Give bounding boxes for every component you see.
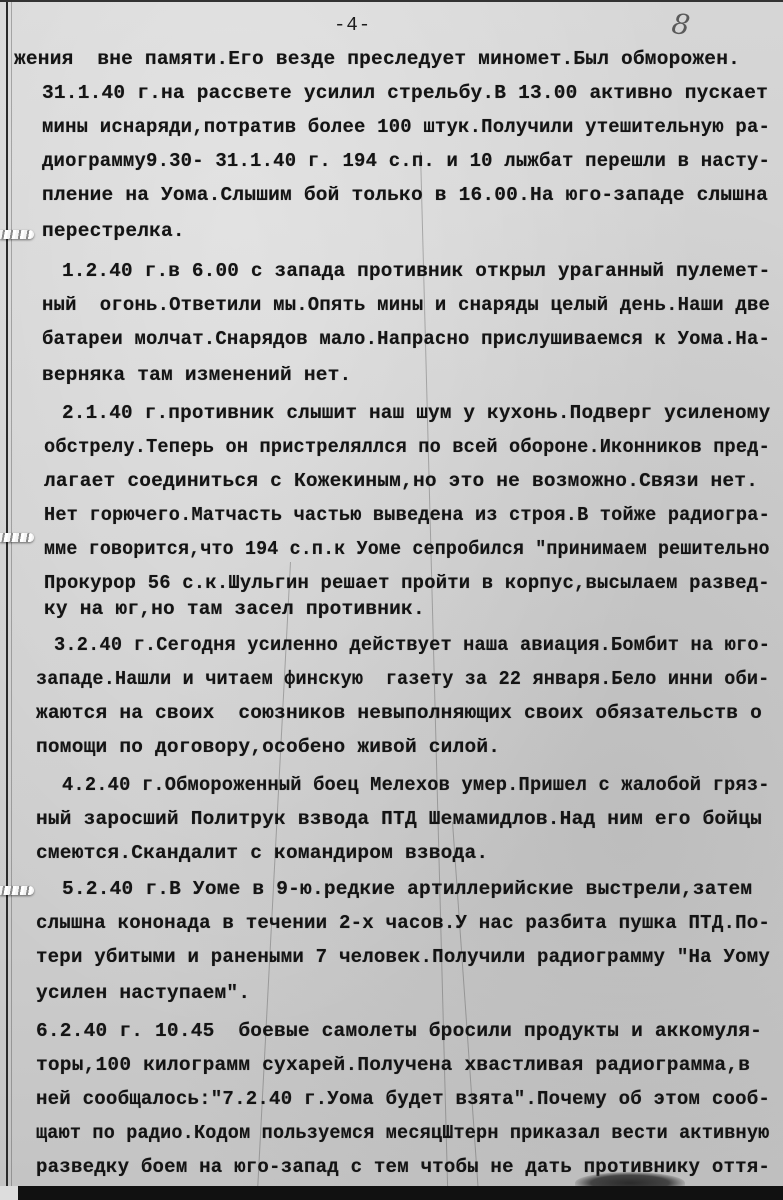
text-line: ку на юг,но там засел противник. [44, 598, 425, 620]
text-line: верняка там изменений нет. [42, 364, 351, 386]
text-line: тери убитыми и ранеными 7 человек.Получи… [36, 946, 770, 968]
text-line: лагает соединиться с Кожекиным,но это не… [44, 470, 758, 492]
text-line: 6.2.40 г. 10.45 боевые самолеты бросили … [36, 1020, 762, 1042]
page-number: -4- [334, 14, 371, 36]
binding-thread-middle [0, 533, 34, 542]
text-line: слышна кононада в течении 2-х часов.У на… [36, 912, 770, 934]
text-line: западе.Нашли и читаем финскую газету за … [36, 668, 769, 690]
text-line: торы,100 килограмм сухарей.Получена хвас… [36, 1054, 750, 1076]
binding-thread-bottom [0, 886, 34, 895]
text-line: усилен наступаем". [36, 982, 250, 1004]
scan-bottom-edge [0, 1186, 783, 1200]
text-line: жаются на своих союзников невыполняющих … [36, 702, 762, 724]
text-line: жения вне памяти.Его везде преследует ми… [14, 48, 740, 70]
text-line: Нет горючего.Матчасть частью выведена из… [44, 504, 770, 526]
text-line: перестрелка. [42, 220, 185, 242]
text-line: 2.1.40 г.противник слышит наш шум у кухо… [62, 402, 770, 424]
text-line: мме говорится,что 194 с.п.к Уоме сепроби… [44, 538, 770, 560]
text-line: Прокурор 56 с.к.Шульгин решает пройти в … [44, 572, 770, 594]
handwritten-archive-number: 8 [670, 7, 692, 42]
document-page: -4- 8 жения вне памяти.Его везде преслед… [0, 0, 783, 1186]
text-line: помощи по договору,особено живой силой. [36, 736, 500, 758]
text-line: 1.2.40 г.в 6.00 с запада противник откры… [62, 260, 770, 282]
text-line: 5.2.40 г.В Уоме в 9-ю.редкие артиллерийс… [62, 878, 752, 900]
binding-edge [6, 2, 8, 1188]
text-line: ный заросший Политрук взвода ПТД Шемамид… [36, 808, 762, 830]
text-line: ный огонь.Ответили мы.Опять мины и снаря… [42, 294, 770, 316]
text-line: 31.1.40 г.на рассвете усилил стрельбу.В … [42, 82, 768, 104]
binding-edge-corner [0, 1186, 18, 1200]
text-line: 4.2.40 г.Обмороженный боец Мелехов умер.… [62, 774, 770, 796]
binding-thread-top [0, 230, 34, 239]
text-line: щают по радио.Кодом пользуемся месяцШтер… [36, 1122, 769, 1144]
text-line: обстрелу.Теперь он пристреляллся по всей… [44, 436, 770, 458]
text-line: батареи молчат.Снарядов мало.Напрасно пр… [42, 328, 770, 350]
text-line: диограмму9.30- 31.1.40 г. 194 с.п. и 10 … [42, 150, 770, 172]
text-line: смеются.Скандалит с командиром взвода. [36, 842, 488, 864]
text-line: 3.2.40 г.Сегодня усиленно действует наша… [54, 634, 770, 656]
binding-edge-shadow [11, 2, 12, 1188]
text-line: ней сообщалось:"7.2.40 г.Уома будет взят… [36, 1088, 770, 1110]
text-line: пление на Уома.Слышим бой только в 16.00… [42, 184, 768, 206]
text-line: мины иснаряди,потратив более 100 штук.По… [42, 116, 770, 138]
